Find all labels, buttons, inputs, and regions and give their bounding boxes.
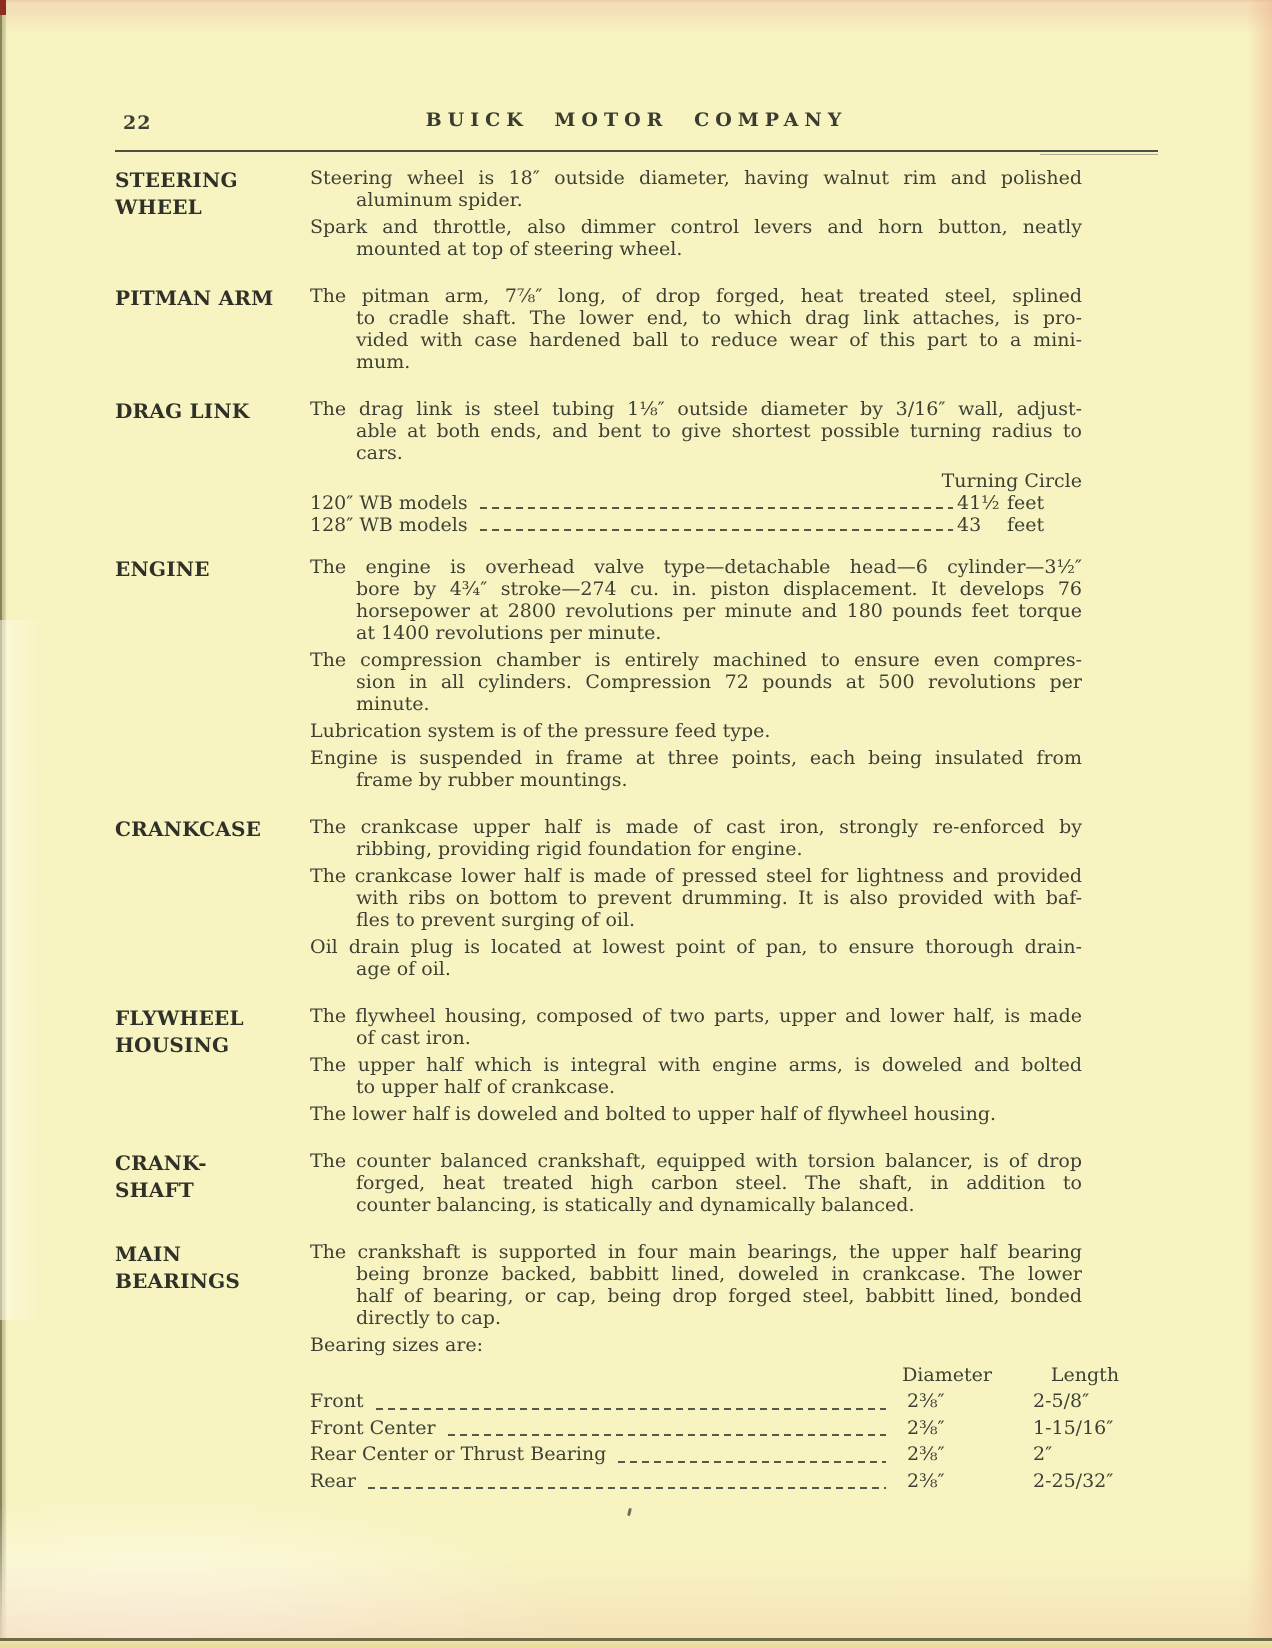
text-line: cars. [356, 442, 1082, 464]
text-line: Engine is suspended in frame at three po… [310, 747, 1082, 769]
text-line: to upper half of crankcase. [356, 1076, 1082, 1098]
text-line: counter balancing, is statically and dyn… [356, 1194, 1082, 1216]
bearing-row-length: 1-15/16″ [1030, 1415, 1140, 1442]
turning-circle-value-unit: feet [1007, 492, 1044, 514]
section-body: The counter balanced crankshaft, equippe… [310, 1150, 1082, 1221]
text-line: The lower half is doweled and bolted to … [310, 1103, 1082, 1125]
text-line: The drag link is steel tubing 1⅛″ outsid… [310, 398, 1082, 420]
text-line: The crankcase upper half is made of cast… [310, 816, 1082, 838]
text-line: at 1400 revolutions per minute. [356, 622, 1082, 644]
paragraph: The upper half which is integral with en… [310, 1054, 1082, 1098]
bearing-table-header-spacer [310, 1362, 890, 1388]
bearing-sizes-table: DiameterLengthFront2⅜″2-5/8″Front Center… [310, 1362, 1140, 1494]
paragraph: The counter balanced crankshaft, equippe… [310, 1150, 1082, 1216]
text-line: Oil drain plug is located at lowest poin… [310, 936, 1082, 958]
text-line: Bearing sizes are: [310, 1334, 1082, 1356]
text-line: mum. [356, 351, 1082, 373]
section-label: CRANK-SHAFT [115, 1150, 310, 1221]
page-top-edge-shading [0, 0, 1272, 34]
bearing-row-label: Front Center [310, 1415, 436, 1442]
turning-circle-row: 120″ WB models41½feet [310, 492, 1082, 514]
text-line: ribbing, providing rigid foundation for … [356, 838, 1082, 860]
text-line: directly to cap. [356, 1307, 1082, 1329]
bearing-row: Rear Center or Thrust Bearing2⅜″2″ [310, 1441, 1140, 1468]
page-title: BUICK MOTOR COMPANY [115, 109, 1158, 131]
paragraph: Steering wheel is 18″ outside diameter, … [310, 167, 1082, 211]
text-line: The flywheel housing, composed of two pa… [310, 1005, 1082, 1027]
paragraph: The crankshaft is supported in four main… [310, 1241, 1082, 1329]
text-line: with ribs on bottom to prevent drumming.… [356, 887, 1082, 909]
paragraph: The compression chamber is entirely mach… [310, 649, 1082, 715]
paragraph: The flywheel housing, composed of two pa… [310, 1005, 1082, 1049]
page-left-edge-shading [0, 0, 7, 1648]
section-label: PITMAN ARM [115, 285, 310, 378]
section-label-line: MAIN [115, 1241, 310, 1268]
bearing-row: Front Center2⅜″1-15/16″ [310, 1415, 1140, 1442]
section-label-line: STEERING [115, 167, 310, 194]
section-label: DRAG LINK [115, 398, 310, 536]
bearing-row-diameter: 2⅜″ [890, 1441, 1030, 1468]
section-body: Steering wheel is 18″ outside diameter, … [310, 167, 1082, 265]
section-body: The drag link is steel tubing 1⅛″ outsid… [310, 398, 1082, 536]
turning-circle-row-label: 128″ WB models [310, 514, 468, 536]
paragraph: Lubrication system is of the pressure fe… [310, 720, 1082, 742]
section-label-line: SHAFT [115, 1177, 310, 1204]
header-rule [115, 150, 1158, 152]
paragraph: The drag link is steel tubing 1⅛″ outsid… [310, 398, 1082, 464]
bearing-row-diameter: 2⅜″ [890, 1388, 1030, 1415]
page-bottom-wash [0, 1558, 1272, 1638]
text-line: The compression chamber is entirely mach… [310, 649, 1082, 671]
text-line: The crankshaft is supported in four main… [310, 1241, 1082, 1263]
section-label-line: DRAG LINK [115, 398, 310, 425]
text-line: The pitman arm, 7⅞″ long, of drop forged… [310, 285, 1082, 307]
bearing-row-diameter: 2⅜″ [890, 1468, 1030, 1495]
section-label-line: WHEEL [115, 194, 310, 221]
section-label-line: PITMAN ARM [115, 285, 310, 312]
bearing-row-label: Rear Center or Thrust Bearing [310, 1441, 606, 1468]
section-label-line: CRANK- [115, 1150, 310, 1177]
page-corner-mark [0, 0, 6, 15]
bearing-table-headers: DiameterLength [310, 1362, 1140, 1388]
bearing-row: Rear2⅜″2-25/32″ [310, 1468, 1140, 1495]
section-label-line: ENGINE [115, 556, 310, 583]
page-right-edge-shading [1246, 0, 1272, 1648]
turning-circle-row-value: 43feet [957, 514, 1082, 536]
text-line: The crankcase lower half is made of pres… [310, 865, 1082, 887]
section-label: CRANKCASE [115, 816, 310, 985]
page-left-wash [0, 620, 40, 1320]
text-line: Steering wheel is 18″ outside diameter, … [310, 167, 1082, 189]
dotted-leader [618, 1461, 886, 1463]
header-rule-tick [1040, 154, 1158, 155]
turning-circle-header: Turning Circle [310, 470, 1082, 492]
bearing-row: Front2⅜″2-5/8″ [310, 1388, 1140, 1415]
section-label-line: BEARINGS [115, 1268, 310, 1295]
section-label: ENGINE [115, 556, 310, 796]
section-label: STEERINGWHEEL [115, 167, 310, 265]
turning-circle-value-number: 43 [957, 514, 1007, 536]
section-body: The engine is overhead valve type—detach… [310, 556, 1082, 796]
dotted-leader [480, 529, 953, 531]
text-line: The counter balanced crankshaft, equippe… [310, 1150, 1082, 1172]
section-drag-link: DRAG LINKThe drag link is steel tubing 1… [115, 398, 1082, 536]
turning-circle-row-value: 41½feet [957, 492, 1082, 514]
section-steering-wheel: STEERINGWHEELSteering wheel is 18″ outsi… [115, 167, 1082, 265]
paragraph: Bearing sizes are: [310, 1334, 1082, 1356]
paragraph: Oil drain plug is located at lowest poin… [310, 936, 1082, 980]
text-line: able at both ends, and bent to give shor… [356, 420, 1082, 442]
text-line: frame by rubber mountings. [356, 769, 1082, 791]
section-label: MAINBEARINGS [115, 1241, 310, 1494]
page-header: 22 BUICK MOTOR COMPANY [115, 106, 1158, 142]
text-line: minute. [356, 693, 1082, 715]
turning-circle-row-label: 120″ WB models [310, 492, 468, 514]
section-label: FLYWHEELHOUSING [115, 1005, 310, 1130]
text-line: The engine is overhead valve type—detach… [310, 556, 1082, 578]
section-label-line: HOUSING [115, 1032, 310, 1059]
bearing-row-length: 2-25/32″ [1030, 1468, 1140, 1495]
section-flywheel-housing: FLYWHEELHOUSINGThe flywheel housing, com… [115, 1005, 1082, 1130]
section-body: The crankshaft is supported in four main… [310, 1241, 1082, 1494]
dotted-leader [448, 1434, 886, 1436]
bearing-row-length: 2-5/8″ [1030, 1388, 1140, 1415]
page-bottom-edge-strip [0, 1641, 1272, 1648]
paragraph: The crankcase lower half is made of pres… [310, 865, 1082, 931]
text-line: forged, heat treated high carbon steel. … [356, 1172, 1082, 1194]
bearing-col-header-length: Length [1030, 1362, 1140, 1388]
section-label-line: CRANKCASE [115, 816, 310, 843]
bearing-row-length: 2″ [1030, 1441, 1140, 1468]
text-line: vided with case hardened ball to reduce … [356, 329, 1082, 351]
paragraph: The crankcase upper half is made of cast… [310, 816, 1082, 860]
turning-circle-table: Turning Circle120″ WB models41½feet128″ … [310, 470, 1082, 536]
section-crankcase: CRANKCASEThe crankcase upper half is mad… [115, 816, 1082, 985]
bearing-row-diameter: 2⅜″ [890, 1415, 1030, 1442]
turning-circle-row: 128″ WB models43feet [310, 514, 1082, 536]
bearing-row-label: Front [310, 1388, 364, 1415]
paragraph: The pitman arm, 7⅞″ long, of drop forged… [310, 285, 1082, 373]
section-label-line: FLYWHEEL [115, 1005, 310, 1032]
paragraph: The lower half is doweled and bolted to … [310, 1103, 1082, 1125]
text-line: of cast iron. [356, 1027, 1082, 1049]
page-bottom-left-wash [0, 1494, 600, 1644]
section-main-bearings: MAINBEARINGSThe crankshaft is supported … [115, 1241, 1082, 1494]
text-line: half of bearing, or cap, being drop forg… [356, 1285, 1082, 1307]
dotted-leader [368, 1487, 886, 1489]
turning-circle-value-unit: feet [1007, 514, 1044, 536]
sections: STEERINGWHEELSteering wheel is 18″ outsi… [115, 167, 1082, 1514]
text-line: sion in all cylinders. Compression 72 po… [356, 671, 1082, 693]
text-line: mounted at top of steering wheel. [356, 238, 1082, 260]
text-line: horsepower at 2800 revolutions per minut… [356, 600, 1082, 622]
bearing-col-header-diameter: Diameter [890, 1362, 1030, 1388]
scanned-document-page: 22 BUICK MOTOR COMPANY STEERINGWHEELStee… [0, 0, 1272, 1648]
text-line: aluminum spider. [356, 189, 1082, 211]
dotted-leader [480, 507, 953, 509]
section-body: The flywheel housing, composed of two pa… [310, 1005, 1082, 1130]
turning-circle-value-number: 41½ [957, 492, 1007, 514]
paragraph: Spark and throttle, also dimmer control … [310, 216, 1082, 260]
text-line: bore by 4¾″ stroke—274 cu. in. piston di… [356, 578, 1082, 600]
dotted-leader [376, 1408, 886, 1410]
page-bottom-edge-line [0, 1638, 1272, 1641]
text-line: being bronze backed, babbitt lined, dowe… [356, 1263, 1082, 1285]
text-line: The upper half which is integral with en… [310, 1054, 1082, 1076]
section-body: The pitman arm, 7⅞″ long, of drop forged… [310, 285, 1082, 378]
text-line: Spark and throttle, also dimmer control … [310, 216, 1082, 238]
section-engine: ENGINEThe engine is overhead valve type—… [115, 556, 1082, 796]
section-pitman-arm: PITMAN ARMThe pitman arm, 7⅞″ long, of d… [115, 285, 1082, 378]
section-body: The crankcase upper half is made of cast… [310, 816, 1082, 985]
bearing-row-label: Rear [310, 1468, 356, 1495]
text-line: fles to prevent surging of oil. [356, 909, 1082, 931]
section-crank-shaft: CRANK-SHAFTThe counter balanced cranksha… [115, 1150, 1082, 1221]
text-line: age of oil. [356, 958, 1082, 980]
text-line: to cradle shaft. The lower end, to which… [356, 307, 1082, 329]
paragraph: The engine is overhead valve type—detach… [310, 556, 1082, 644]
text-line: Lubrication system is of the pressure fe… [310, 720, 1082, 742]
paragraph: Engine is suspended in frame at three po… [310, 747, 1082, 791]
